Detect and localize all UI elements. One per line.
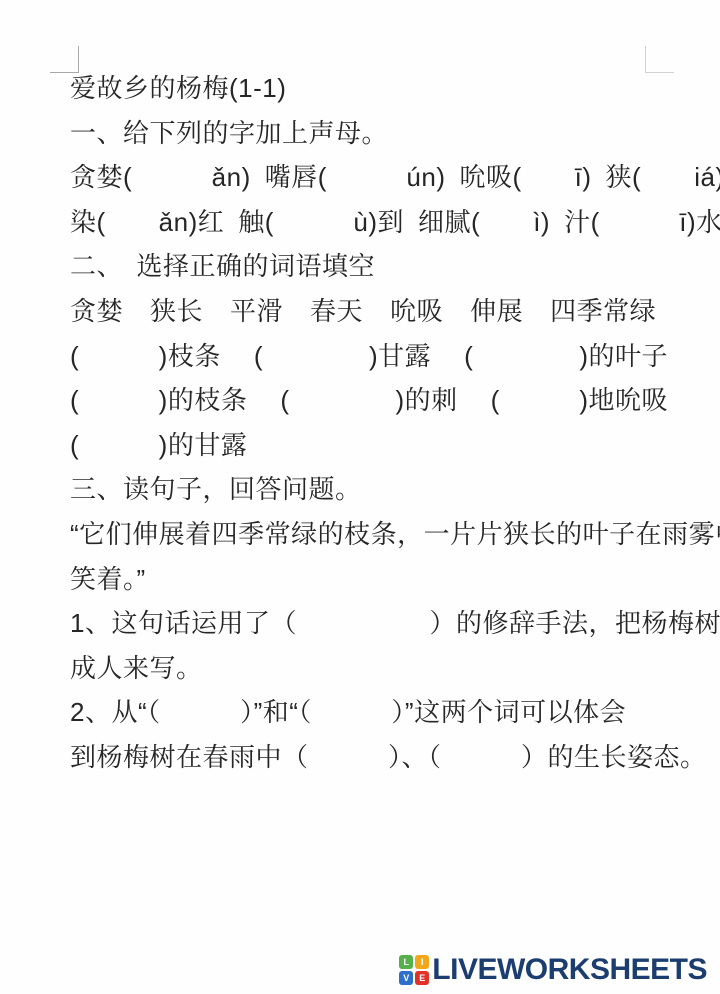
fill-blank-row-2: ( )的枝条 ( )的刺 ( )地吮吸 bbox=[70, 378, 670, 423]
logo-cell-v: V bbox=[399, 971, 413, 985]
worksheet-title: 爱故乡的杨梅(1-1) bbox=[70, 66, 670, 111]
fill-blank-row-1: ( )枝条 ( )甘露 ( )的叶子 bbox=[70, 334, 670, 379]
word-bank: 贪婪 狭长 平滑 春天 吮吸 伸展 四季常绿 bbox=[70, 289, 670, 334]
pinyin-blank-shunxi[interactable]: 吮吸( ī) bbox=[460, 155, 592, 200]
word-bank-item: 春天 bbox=[310, 289, 363, 334]
word-bank-item: 贪婪 bbox=[70, 289, 123, 334]
question-1-line-1[interactable]: 1、这句话运用了（ ）的修辞手法，把杨梅树当 bbox=[70, 601, 670, 646]
pinyin-blank-xini[interactable]: 细腻( ì) bbox=[418, 200, 550, 245]
blank-de-zhitiao[interactable]: ( )的枝条 bbox=[70, 378, 247, 423]
worksheet-page: 爱故乡的杨梅(1-1) 一、给下列的字加上声母。 贪婪( ǎn) 嘴唇( ún)… bbox=[0, 0, 720, 994]
quote-line-2: 笑着。” bbox=[70, 557, 670, 602]
liveworksheets-logo-icon: L I V E bbox=[399, 955, 429, 985]
word-bank-item: 平滑 bbox=[230, 289, 283, 334]
word-bank-item: 四季常绿 bbox=[550, 289, 656, 334]
blank-de-ci[interactable]: ( )的刺 bbox=[280, 378, 457, 423]
word-bank-item: 吮吸 bbox=[390, 289, 443, 334]
worksheet-content: 爱故乡的杨梅(1-1) 一、给下列的字加上声母。 贪婪( ǎn) 嘴唇( ún)… bbox=[70, 66, 670, 780]
fill-blank-row-3: ( )的甘露 bbox=[70, 423, 670, 468]
logo-cell-e: E bbox=[415, 971, 429, 985]
liveworksheets-watermark: L I V E LIVEWORKSHEETS bbox=[399, 953, 707, 987]
pinyin-row-2: 染( ǎn)红 触( ù)到 细腻( ì) 汁( ī)水 bbox=[70, 200, 670, 245]
pinyin-blank-zhishui[interactable]: 汁( ī)水 bbox=[564, 200, 720, 245]
section-three-heading: 三、读句子，回答问题。 bbox=[70, 467, 670, 512]
pinyin-blank-xiachang[interactable]: 狭( iá)长 bbox=[606, 155, 720, 200]
question-1-line-2: 成人来写。 bbox=[70, 646, 670, 691]
liveworksheets-brand-text: LIVEWORKSHEETS bbox=[432, 953, 707, 987]
word-bank-item: 伸展 bbox=[470, 289, 523, 334]
section-one-heading: 一、给下列的字加上声母。 bbox=[70, 111, 670, 156]
blank-di-shunxi[interactable]: ( )地吮吸 bbox=[491, 378, 668, 423]
pinyin-blank-chudao[interactable]: 触( ù)到 bbox=[238, 200, 404, 245]
question-2-line-1[interactable]: 2、从“（ ）”和“（ ）”这两个词可以体会 bbox=[70, 690, 670, 735]
word-bank-item: 狭长 bbox=[150, 289, 203, 334]
pinyin-row-1: 贪婪( ǎn) 嘴唇( ún) 吮吸( ī) 狭( iá)长 bbox=[70, 155, 670, 200]
quote-line-1: “它们伸展着四季常绿的枝条，一片片狭长的叶子在雨雾中欢 bbox=[70, 512, 670, 557]
blank-ganlu[interactable]: ( )甘露 bbox=[254, 334, 431, 379]
blank-de-ganlu[interactable]: ( )的甘露 bbox=[70, 423, 247, 468]
logo-cell-l: L bbox=[399, 955, 413, 969]
blank-zhitiao[interactable]: ( )枝条 bbox=[70, 334, 221, 379]
pinyin-blank-zuichun[interactable]: 嘴唇( ún) bbox=[265, 155, 446, 200]
pinyin-blank-tanlan[interactable]: 贪婪( ǎn) bbox=[70, 155, 251, 200]
section-two-heading: 二、 选择正确的词语填空 bbox=[70, 244, 670, 289]
question-2-line-2[interactable]: 到杨梅树在春雨中（ ）、（ ）的生长姿态。 bbox=[70, 735, 670, 780]
pinyin-blank-ranhong[interactable]: 染( ǎn)红 bbox=[70, 200, 224, 245]
logo-cell-i: I bbox=[415, 955, 429, 969]
blank-de-yezi[interactable]: ( )的叶子 bbox=[464, 334, 668, 379]
